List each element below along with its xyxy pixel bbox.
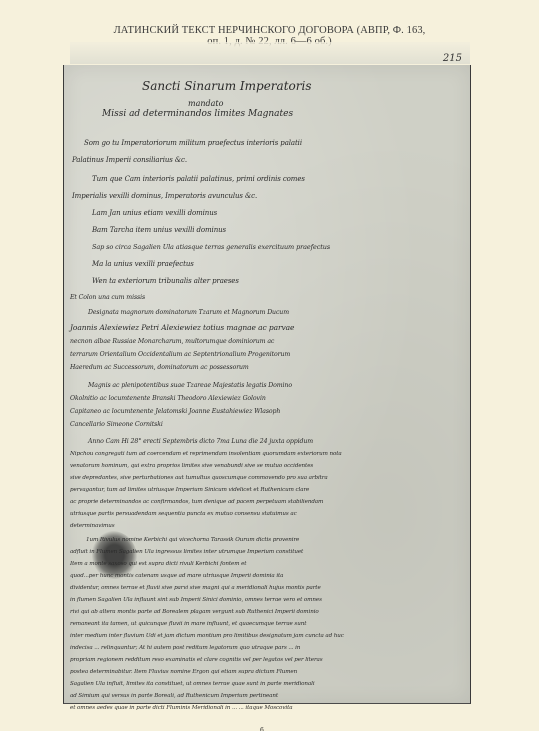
text-line: propriam regionem redditum reso examinat…: [70, 657, 323, 663]
text-line: et omnes aedes quae in parte dicti Flumi…: [70, 705, 292, 711]
text-line: in flumen Sagalien Ula influunt sint sub…: [70, 597, 322, 603]
text-line: Et Colon una cum missis: [70, 294, 145, 301]
text-line: Sagalien Ula influit, limites ita consti…: [70, 681, 315, 687]
heading-subtitle: Missi ad determinandos limites Magnates: [102, 109, 293, 119]
caption-line-1: ЛАТИНСКИЙ ТЕКСТ НЕРЧИНСКОГО ДОГОВОРА (АВ…: [0, 25, 539, 36]
envoy-line: Wen ta exteriorum tribunalis alter praes…: [92, 277, 239, 285]
envoy-line: Ma la unius vexilli praefectus: [92, 260, 194, 268]
text-line: terrarum Orientalium Occidentalium ac Se…: [70, 351, 290, 358]
envoy-line: Lam Jan unius etiam vexilli dominus: [92, 209, 217, 217]
text-line: Designata magnorum dominatorum Tzarum et…: [88, 309, 289, 316]
text-line: Haeredum ac Successorum, dominatorum ac …: [70, 364, 249, 371]
text-line: dividentur, omnes terrae et fluvii sive …: [70, 585, 321, 591]
text-line: ac proprie determinandos ac confirmandos…: [70, 499, 323, 505]
envoy-line: Tum que Cam interioris palatii palatinus…: [92, 175, 305, 183]
text-line: ad Simium qui versus in parte Boreali, a…: [70, 693, 278, 699]
text-line: Nipchou congregati tum ad coercendam et …: [70, 451, 342, 457]
text-line: venatorum hominum, qui extra proprios li…: [70, 463, 313, 469]
envoy-line: Som go tu Imperatoriorum militum praefec…: [84, 139, 302, 147]
folio-number: 215: [443, 53, 462, 64]
text-line: indecisa ... relinquantur; At hi autem p…: [70, 645, 300, 651]
text-line: pervagantur, tum ad limites utriusque Im…: [70, 487, 309, 493]
text-line: necnon albae Russiae Monarcharum, multor…: [70, 338, 274, 345]
text-line: inter medium inter fluvium Udi et jam di…: [70, 633, 344, 639]
text-line: determinavimus: [70, 523, 114, 529]
envoy-line: Sap so circa Sagalien Ula atiasque terra…: [92, 243, 330, 251]
page-shadow: [70, 42, 470, 64]
text-line: remaneant ita tamen, ut quicunque fluvii…: [70, 621, 306, 627]
text-line: Okolnitio ac locumtenente Branski Theodo…: [70, 395, 266, 402]
heading-title: Sancti Sinarum Imperatoris: [142, 79, 311, 93]
envoy-line: Bam Tarcha item unius vexilli dominus: [92, 226, 226, 234]
envoy-line: Imperialis vexilli dominus, Imperatoris …: [72, 192, 257, 200]
page-number: 6: [260, 727, 264, 731]
envoy-line: Palatinus Imperii consiliarius &c.: [72, 156, 187, 164]
manuscript-page: 215 Sancti Sinarum Imperatoris mandato M…: [63, 65, 471, 704]
text-line: Capitaneo ac locumtenente Jelatomski Joa…: [70, 408, 280, 415]
text-line: Joannis Alexiewiez Petri Alexiewiez toti…: [70, 323, 294, 332]
text-line: rivi qui ab altera montis parte ad Borea…: [70, 609, 319, 615]
text-line: sive depredantes, sive perturbationes au…: [70, 475, 328, 481]
heading-mandato: mandato: [188, 99, 223, 108]
text-line: postea determinabitur. Item Fluvius nomi…: [70, 669, 297, 675]
text-line: Cancellario Simeone Cornitski: [70, 421, 163, 428]
text-line: Anno Cam Hi 28° erecti Septembris dicto …: [88, 438, 313, 445]
text-line: utriusque partis persuadendam sequentia …: [70, 511, 297, 517]
text-line: Magnis ac plenipotentibus suae Tzareae M…: [88, 382, 292, 389]
